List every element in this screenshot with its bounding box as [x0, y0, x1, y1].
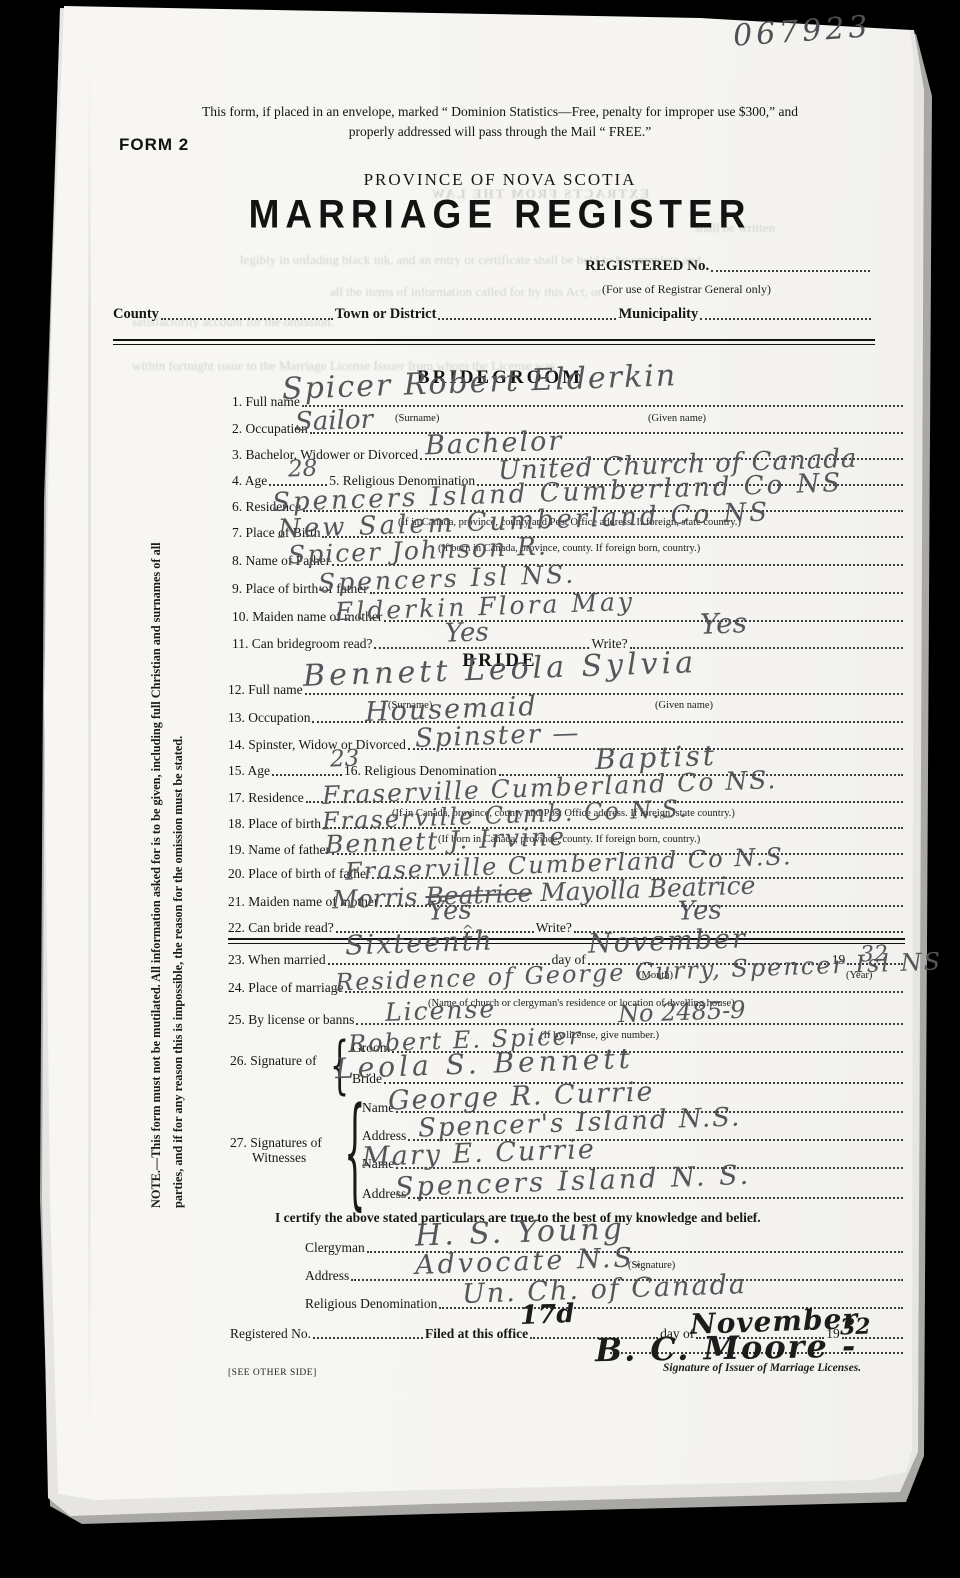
hw-marriage-day: Sixteenth: [345, 927, 495, 959]
field-27-label-2: Witnesses: [252, 1150, 306, 1166]
town-label: Town or District: [335, 306, 437, 323]
side-note: NOTE.—This form must not be mutilated. A…: [146, 540, 189, 1208]
field-1-line: [302, 405, 903, 407]
hw-groom-can-write: Yes: [700, 609, 748, 639]
form-number: FORM 2: [119, 135, 189, 155]
hw-license-number: No 2485-9: [618, 998, 746, 1026]
field-26-label: 26. Signature of: [230, 1053, 317, 1069]
hw-marriage-month: November: [588, 925, 748, 958]
see-other-side-note: [SEE OTHER SIDE]: [228, 1368, 317, 1378]
registered-no-note: (For use of Registrar General only): [602, 282, 771, 297]
county-label: County: [113, 306, 159, 323]
hw-bride-status: Spinster —: [415, 720, 581, 752]
clergyman-label: Clergyman: [305, 1240, 365, 1256]
county-row: County Town or District Municipality: [113, 306, 873, 323]
hw-bride-age: 23: [330, 747, 360, 771]
municipality-label: Municipality: [618, 306, 698, 323]
registered-no-row: REGISTERED No.: [585, 258, 872, 275]
filing-registered-label: Registered No.: [230, 1326, 311, 1342]
denomination-label: Religious Denomination: [305, 1296, 437, 1312]
field-25-label: 25. By license or banns: [228, 1012, 354, 1028]
field-4-label: 4. Age: [232, 473, 267, 489]
page-title: MARRIAGE REGISTER: [180, 192, 820, 237]
field-12-line: [305, 693, 903, 695]
scanned-marriage-register-photo: EXTRACTS FROM THE LAW shall be written l…: [0, 0, 960, 1578]
field-15-line: [272, 774, 342, 776]
mail-note-line2: properly addressed will pass through the…: [135, 124, 865, 140]
hw-issuer-signature: B. C. Moore -: [595, 1330, 858, 1367]
field-22-write-label: Write?: [536, 920, 572, 936]
hw-license: License: [385, 996, 497, 1025]
field-13-label: 13. Occupation: [228, 710, 310, 726]
filed-at-office-label: Filed at this office: [425, 1326, 528, 1342]
paper-crease: [88, 60, 91, 1440]
hw-groom-occupation: Sailor: [295, 407, 374, 436]
field-18-label: 18. Place of birth: [228, 816, 321, 832]
county-line: [161, 318, 333, 320]
hw-filed-day: 17d: [520, 1301, 575, 1329]
field-15-label: 15. Age: [228, 763, 270, 779]
registered-no-line: [711, 270, 870, 272]
clergyman-address-label: Address: [305, 1268, 349, 1284]
field-27-label: 27. Signatures of: [230, 1135, 322, 1151]
hw-bride-can-read: Yes: [428, 897, 473, 925]
hw-groom-can-read: Yes: [445, 619, 490, 647]
municipality-line: [700, 318, 871, 320]
field-2-line: [310, 432, 903, 434]
field-22-label: 22. Can bride read?: [228, 920, 334, 936]
bleed-through-text: all the items of information called for …: [330, 284, 602, 300]
mail-note-line1: This form, if placed in an envelope, mar…: [135, 104, 865, 120]
section-divider: [228, 938, 905, 944]
hw-groom-age: 28: [288, 457, 318, 481]
field-17-label: 17. Residence: [228, 790, 304, 806]
field-23-label: 23. When married: [228, 952, 326, 968]
province-heading: PROVINCE OF NOVA SCOTIA: [260, 170, 740, 190]
field-3-label: 3. Bachelor, Widower or Divorced: [232, 447, 418, 463]
field-24-label: 24. Place of marriage: [228, 980, 343, 996]
field-22: 22. Can bride read? Write?: [228, 920, 905, 936]
header-divider: [113, 339, 875, 345]
field-19-label: 19. Name of father: [228, 842, 330, 858]
hw-bride-can-write: Yes: [678, 897, 723, 925]
field-14-label: 14. Spinster, Widow or Divorced: [228, 737, 406, 753]
town-line: [438, 318, 616, 320]
filing-line-a: [313, 1337, 423, 1339]
registered-no-label: REGISTERED No.: [585, 258, 709, 275]
field-12-label: 12. Full name: [228, 682, 303, 698]
